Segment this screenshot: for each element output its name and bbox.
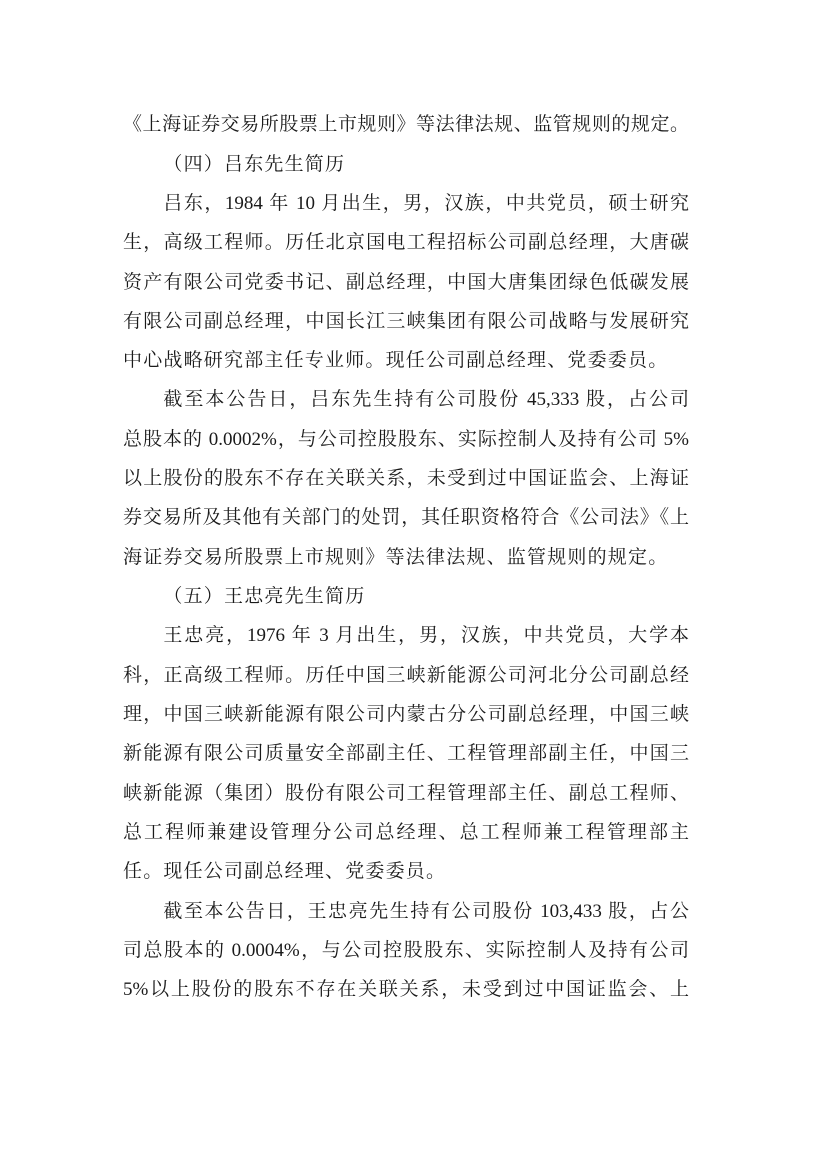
- text-line: 科，正高级工程师。历任中国三峡新能源公司河北分公司副总经: [123, 656, 689, 695]
- text-line: 5%以上股份的股东不存在关联关系，未受到过中国证监会、上: [123, 970, 689, 1009]
- text-line: 吕东，1984 年 10 月出生，男，汉族，中共党员，硕士研究: [123, 184, 689, 223]
- text-line: 资产有限公司党委书记、副总经理，中国大唐集团绿色低碳发展: [123, 263, 689, 302]
- text-line: 新能源有限公司质量安全部副主任、工程管理部副主任，中国三: [123, 734, 689, 773]
- text-line: 中心战略研究部主任专业师。现任公司副总经理、党委委员。: [123, 341, 689, 380]
- paragraph-wang-zhongliang-bio: 王忠亮，1976 年 3 月出生，男，汉族，中共党员，大学本 科，正高级工程师。…: [123, 616, 689, 891]
- text-line: 任。现任公司副总经理、党委委员。: [123, 852, 689, 891]
- paragraph-lv-dong-shareholding: 截至本公告日，吕东先生持有公司股份 45,333 股，占公司 总股本的 0.00…: [123, 380, 689, 577]
- text-line: 生，高级工程师。历任北京国电工程招标公司副总经理，大唐碳: [123, 223, 689, 262]
- section-heading-wang-zhongliang: （五）王忠亮先生简历: [123, 577, 689, 616]
- document-page: 《上海证券交易所股票上市规则》等法律法规、监管规则的规定。 （四）吕东先生简历 …: [0, 0, 814, 1152]
- paragraph-wang-zhongliang-shareholding: 截至本公告日，王忠亮先生持有公司股份 103,433 股，占公 司总股本的 0.…: [123, 892, 689, 1010]
- text-line: 有限公司副总经理，中国长江三峡集团有限公司战略与发展研究: [123, 302, 689, 341]
- section-heading-lv-dong: （四）吕东先生简历: [123, 145, 689, 184]
- text-line: 司总股本的 0.0004%，与公司控股股东、实际控制人及持有公司: [123, 931, 689, 970]
- document-body: 《上海证券交易所股票上市规则》等法律法规、监管规则的规定。 （四）吕东先生简历 …: [123, 105, 689, 1009]
- text-line: 截至本公告日，吕东先生持有公司股份 45,333 股，占公司: [123, 380, 689, 419]
- text-line: 总工程师兼建设管理分公司总经理、总工程师兼工程管理部主: [123, 813, 689, 852]
- paragraph-lv-dong-bio: 吕东，1984 年 10 月出生，男，汉族，中共党员，硕士研究 生，高级工程师。…: [123, 184, 689, 381]
- text-line: 总股本的 0.0002%，与公司控股股东、实际控制人及持有公司 5%: [123, 420, 689, 459]
- text-line: 峡新能源（集团）股份有限公司工程管理部主任、副总工程师、: [123, 774, 689, 813]
- text-line: 海证券交易所股票上市规则》等法律法规、监管规则的规定。: [123, 538, 689, 577]
- text-line: 《上海证券交易所股票上市规则》等法律法规、监管规则的规定。: [123, 105, 689, 144]
- text-line: 理，中国三峡新能源有限公司内蒙古分公司副总经理，中国三峡: [123, 695, 689, 734]
- text-line: 以上股份的股东不存在关联关系，未受到过中国证监会、上海证: [123, 459, 689, 498]
- text-line: 截至本公告日，王忠亮先生持有公司股份 103,433 股，占公: [123, 892, 689, 931]
- paragraph-continuation: 《上海证券交易所股票上市规则》等法律法规、监管规则的规定。: [123, 105, 689, 144]
- text-line: 券交易所及其他有关部门的处罚，其任职资格符合《公司法》《上: [123, 498, 689, 537]
- text-line: 王忠亮，1976 年 3 月出生，男，汉族，中共党员，大学本: [123, 616, 689, 655]
